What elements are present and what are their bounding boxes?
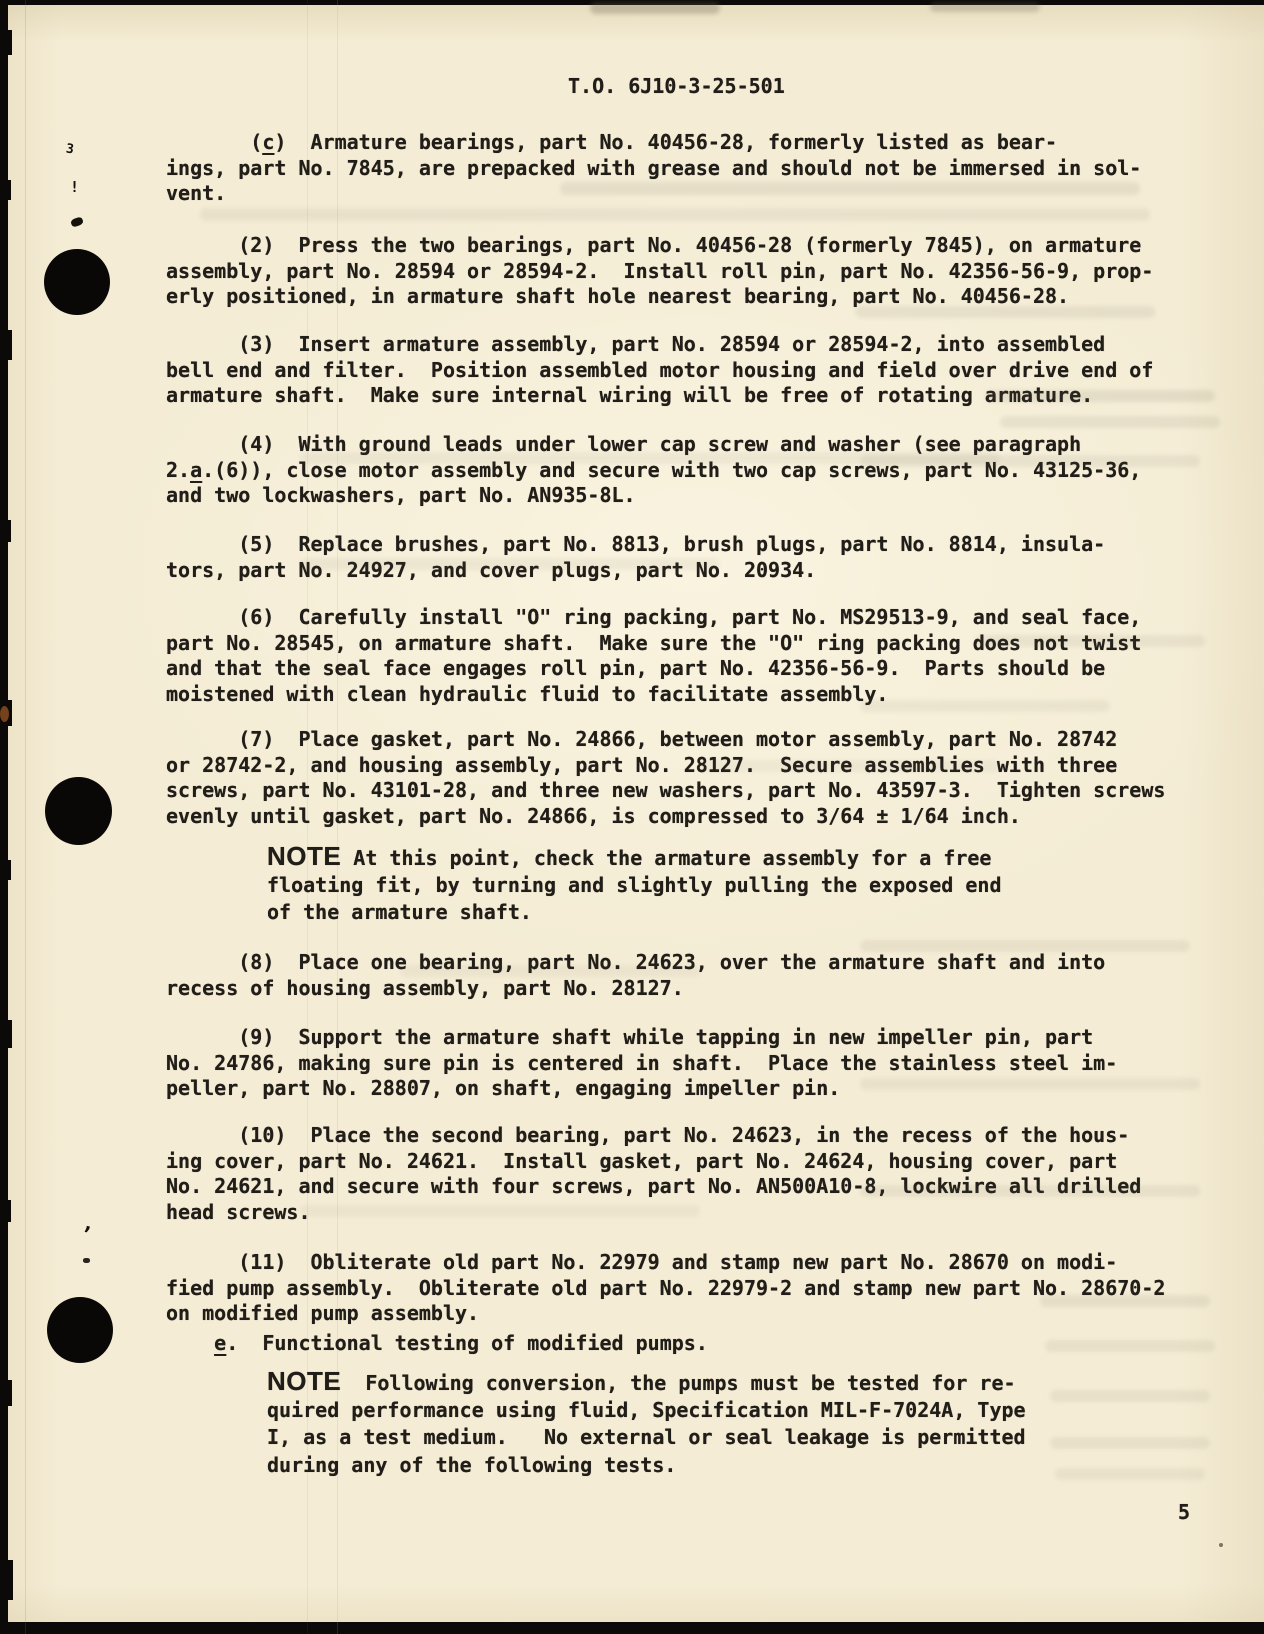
bleedthrough-smudge [860, 1185, 1200, 1197]
bleedthrough-smudge [1050, 1390, 1210, 1402]
text-line: NOTE Following conversion, the pumps mus… [267, 1368, 1026, 1397]
text-line: (2) Press the two bearings, part No. 404… [166, 233, 1153, 259]
bleedthrough-smudge [1045, 1340, 1215, 1352]
para-c: (c) Armature bearings, part No. 40456-28… [166, 130, 1141, 207]
bleedthrough-smudge [855, 306, 1155, 318]
text-line: bell end and filter. Position assembled … [166, 358, 1153, 384]
text-line: NOTE At this point, check the armature a… [267, 843, 1002, 872]
note-1: NOTE At this point, check the armature a… [267, 843, 1002, 927]
text-line: (10) Place the second bearing, part No. … [166, 1123, 1141, 1149]
text-line: on modified pump assembly. [166, 1301, 1165, 1327]
bleedthrough-smudge [1050, 1437, 1210, 1449]
text-line: (11) Obliterate old part No. 22979 and s… [166, 1250, 1165, 1276]
text-line: ing cover, part No. 24621. Install gaske… [166, 1149, 1141, 1175]
note-2: NOTE Following conversion, the pumps mus… [267, 1368, 1026, 1479]
text-line: or 28742-2, and housing assembly, part N… [166, 753, 1165, 779]
text-line: ings, part No. 7845, are prepacked with … [166, 156, 1141, 182]
item-e: e. Functional testing of modified pumps. [166, 1331, 708, 1357]
para-6: (6) Carefully install "O" ring packing, … [166, 605, 1141, 707]
text-line: (c) Armature bearings, part No. 40456-28… [166, 130, 1141, 156]
text-line: (5) Replace brushes, part No. 8813, brus… [166, 532, 1105, 558]
document-page: T.O. 6J10-3-25-501 5 (c) Armature bearin… [0, 0, 1264, 1634]
note-heading: NOTE [267, 841, 341, 871]
bleedthrough-smudge [1040, 1295, 1210, 1307]
bleedthrough-smudge [985, 390, 1215, 402]
text-line: I, as a test medium. No external or seal… [267, 1424, 1026, 1451]
bleedthrough-smudge [860, 455, 1200, 467]
text-line: floating fit, by turning and slightly pu… [267, 872, 1002, 899]
text-line: e. Functional testing of modified pumps. [166, 1331, 708, 1357]
para-9: (9) Support the armature shaft while tap… [166, 1025, 1117, 1102]
bleedthrough-smudge [860, 700, 1110, 712]
note-heading: NOTE [267, 1366, 341, 1396]
para-11: (11) Obliterate old part No. 22979 and s… [166, 1250, 1165, 1327]
text-line: assembly, part No. 28594 or 28594-2. Ins… [166, 259, 1153, 285]
para-7: (7) Place gasket, part No. 24866, betwee… [166, 727, 1165, 829]
text-line: (9) Support the armature shaft while tap… [166, 1025, 1117, 1051]
text-line: and that the seal face engages roll pin,… [166, 656, 1141, 682]
bleedthrough-smudge [560, 182, 1140, 195]
page-number: 5 [1178, 1500, 1190, 1524]
bleedthrough-smudge [860, 1078, 1200, 1090]
text-line: fied pump assembly. Obliterate old part … [166, 1276, 1165, 1302]
text-line: No. 24786, making sure pin is centered i… [166, 1051, 1117, 1077]
bleedthrough-smudge [1055, 1468, 1205, 1480]
text-line: (7) Place gasket, part No. 24866, betwee… [166, 727, 1165, 753]
text-line: quired performance using fluid, Specific… [267, 1397, 1026, 1424]
text-line: and two lockwashers, part No. AN935-8L. [166, 483, 1141, 509]
text-line: of the armature shaft. [267, 899, 1002, 926]
text-line: recess of housing assembly, part No. 281… [166, 976, 1105, 1002]
bleedthrough-smudge [1000, 416, 1220, 428]
bleedthrough-smudge [300, 558, 720, 570]
to-number-header: T.O. 6J10-3-25-501 [568, 74, 785, 98]
bleedthrough-smudge [200, 208, 1150, 221]
text-line: during any of the following tests. [267, 1452, 1026, 1479]
bleedthrough-smudge [300, 1205, 700, 1217]
text-line: evenly until gasket, part No. 24866, is … [166, 804, 1165, 830]
bleedthrough-smudge [700, 760, 1000, 772]
text-line: (6) Carefully install "O" ring packing, … [166, 605, 1141, 631]
para-4: (4) With ground leads under lower cap sc… [166, 432, 1141, 509]
bleedthrough-smudge [860, 940, 1190, 952]
para-2: (2) Press the two bearings, part No. 404… [166, 233, 1153, 310]
text-line: screws, part No. 43101-28, and three new… [166, 778, 1165, 804]
text-line: (3) Insert armature assembly, part No. 2… [166, 332, 1153, 358]
bleedthrough-smudge [400, 965, 700, 977]
bleedthrough-smudge [975, 635, 1205, 647]
